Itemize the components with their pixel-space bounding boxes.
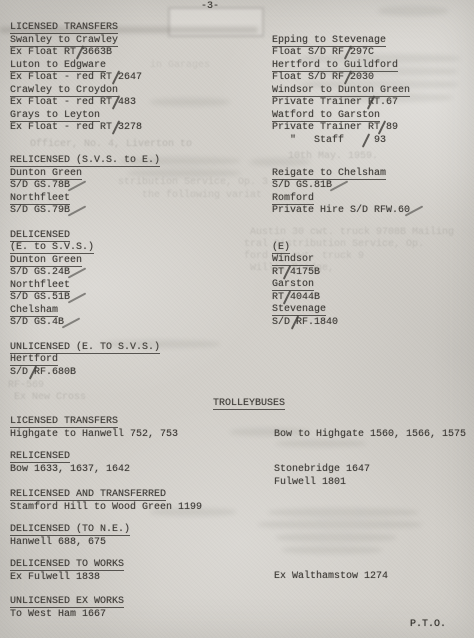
doc-text-line: Float S/D RF 2030 [272, 72, 410, 85]
doc-line-text: S/D GS.79B [10, 205, 70, 216]
doc-line-text: (E) [272, 242, 290, 254]
pencil-tick-mark [68, 267, 87, 278]
doc-line-text: Fulwell 1801 [274, 477, 346, 488]
doc-text-line: Float S/D RF 297C [272, 47, 410, 60]
doc-heading-line: (E. to S.V.S.) [10, 242, 160, 255]
doc-line-text: S/D GS.4B [10, 317, 64, 328]
doc-text-line: S/D RF.680B [10, 367, 160, 380]
section-relicensed-delicensed-left: RELICENSED (S.V.S. to E.)Dunton GreenS/D… [10, 155, 160, 379]
doc-text-line: " Staff 93 [272, 135, 410, 148]
doc-line-text: Ex Float - red RT 2647 [10, 72, 142, 83]
doc-text-line: To West Ham 1667 [10, 609, 202, 622]
doc-heading-line: Chelsham [10, 305, 160, 318]
doc-heading-line: DELICENSED [10, 230, 160, 243]
doc-line-text: Stamford Hill to Wood Green 1199 [10, 502, 202, 513]
doc-line-text: RELICENSED AND TRANSFERRED [10, 489, 166, 501]
doc-text-line: Private Trainer RT 89 [272, 122, 410, 135]
bleedthrough-text: RF-569 [8, 380, 44, 393]
doc-heading-line: Luton to Edgware [10, 60, 142, 73]
doc-line-text: Hertford [10, 354, 58, 366]
pencil-tick-mark [330, 180, 349, 191]
section-licensed-transfers-right: Epping to StevenageFloat S/D RF 297CHert… [272, 35, 410, 148]
doc-line-text: Grays to Leyton [10, 110, 100, 122]
section-trolleybuses-left: LICENSED TRANSFERSHighgate to Hanwell 75… [10, 416, 202, 621]
scanned-document-page: -3- LICENSED TRANSFERSSwanley to Crawley… [0, 0, 474, 638]
doc-text-line: Highgate to Hanwell 752, 753 [10, 429, 202, 442]
doc-text-line: S/D GS.4B [10, 317, 160, 330]
ink-smudge [150, 98, 230, 106]
pencil-tick-mark [68, 292, 87, 303]
doc-line-text: Ex Float - red RT 3278 [10, 122, 142, 133]
doc-line-text: Dunton Green [10, 168, 82, 180]
doc-heading-line: Swanley to Crawley [10, 35, 142, 48]
doc-text-line: RT 4175B [272, 267, 410, 280]
doc-text-line: Fulwell 1801 [274, 477, 466, 490]
doc-line-text: Private Trainer RT 89 [272, 122, 398, 133]
doc-line-text: DELICENSED (TO N.E.) [10, 524, 130, 536]
doc-line-text: Stevenage [272, 304, 326, 316]
doc-line-text: Crawley to Croydon [10, 85, 118, 97]
doc-line-text: UNLICENSED (E. TO S.V.S.) [10, 342, 160, 354]
doc-line-text: Windsor [272, 254, 314, 266]
doc-line-text: Epping to Stevenage [272, 35, 386, 47]
doc-text-line: Bow 1633, 1637, 1642 [10, 464, 202, 477]
doc-line-text: Float S/D RF 2030 [272, 72, 374, 83]
doc-line-text: Garston [272, 279, 314, 291]
doc-line-text: (E. to S.V.S.) [10, 242, 94, 254]
doc-text-line: Stamford Hill to Wood Green 1199 [10, 502, 202, 515]
doc-line-text: S/D RF.680B [10, 367, 76, 378]
doc-line-text: DELICENSED TO WORKS [10, 559, 124, 571]
doc-line-text: Northfleet [10, 193, 70, 205]
doc-line-text: Ex Fulwell 1838 [10, 572, 100, 583]
doc-line-text: Ex Float RT 3663B [10, 47, 112, 58]
doc-text-line: RT 4044B [272, 292, 410, 305]
doc-heading-line: Epping to Stevenage [272, 35, 410, 48]
doc-text-line: Bow to Highgate 1560, 1566, 1575 [274, 429, 466, 442]
doc-heading-line: RELICENSED (S.V.S. to E.) [10, 155, 160, 168]
doc-line-text: Luton to Edgware [10, 60, 106, 72]
doc-heading-line: UNLICENSED (E. TO S.V.S.) [10, 342, 160, 355]
pto-label: P.T.O. [410, 619, 446, 632]
doc-text-line: Ex Float - red RT 483 [10, 97, 142, 110]
doc-line-text: S/D GS.81B [272, 180, 332, 191]
doc-line-text: RELICENSED [10, 451, 70, 463]
doc-line-text: Private Trainer RT.67 [272, 97, 398, 108]
doc-line-text: S/D GS.78B [10, 180, 70, 191]
doc-line-text: Hanwell 688, 675 [10, 537, 106, 548]
doc-line-text: To West Ham 1667 [10, 609, 106, 620]
doc-text-line: S/D GS.79B [10, 205, 160, 218]
doc-line-text: Swanley to Crawley [10, 35, 118, 47]
doc-text-line: S/D GS.81B [272, 180, 410, 193]
doc-heading-line: Northfleet [10, 280, 160, 293]
doc-text-line: Private Trainer RT.67 [272, 97, 410, 110]
doc-line-text: Northfleet [10, 280, 70, 292]
doc-text-line: Ex Walthamstow 1274 [274, 571, 466, 584]
doc-line-text: S/D RF.1840 [272, 317, 338, 328]
doc-line-text: Highgate to Hanwell 752, 753 [10, 429, 178, 440]
doc-heading-line: DELICENSED (TO N.E.) [10, 524, 202, 537]
ink-smudge [378, 6, 448, 16]
doc-text-line: Ex Float - red RT 2647 [10, 72, 142, 85]
doc-text-line: S/D GS.24B [10, 267, 160, 280]
doc-line-text: Romford [272, 193, 314, 205]
doc-line-text: Float S/D RF 297C [272, 47, 374, 58]
ink-smudge [250, 158, 310, 166]
doc-line-text: " Staff 93 [272, 135, 386, 146]
doc-line-text: Ex Float - red RT 483 [10, 97, 136, 108]
pencil-tick-mark [68, 180, 87, 191]
doc-line-text: DELICENSED [10, 230, 70, 242]
bleedthrough-text: in Garages [150, 60, 210, 73]
doc-heading-line: Hertford [10, 354, 160, 367]
doc-heading-line: Watford to Garston [272, 110, 410, 123]
doc-heading-line: LICENSED TRANSFERS [10, 416, 202, 429]
doc-text-line: Hanwell 688, 675 [10, 537, 202, 550]
doc-text-line: Stonebridge 1647 [274, 464, 466, 477]
doc-text-line: Ex Float - red RT 3278 [10, 122, 142, 135]
doc-heading-line: UNLICENSED EX WORKS [10, 596, 202, 609]
doc-line-text: S/D GS.24B [10, 267, 70, 278]
page-number: -3- [201, 1, 219, 14]
doc-line-text: RT 4044B [272, 292, 320, 303]
doc-heading-line: LICENSED TRANSFERS [10, 22, 142, 35]
doc-text-line: S/D RF.1840 [272, 317, 410, 330]
section-licensed-transfers-left: LICENSED TRANSFERSSwanley to CrawleyEx F… [10, 22, 142, 135]
doc-text-line: S/D GS.51B [10, 292, 160, 305]
doc-line-text: Ex Walthamstow 1274 [274, 571, 388, 582]
section-trolleybuses-right: Bow to Highgate 1560, 1566, 1575Stonebri… [274, 429, 466, 584]
doc-heading-line: RELICENSED [10, 451, 202, 464]
doc-heading-line: Dunton Green [10, 255, 160, 268]
doc-heading-line: Reigate to Chelsham [272, 168, 410, 181]
doc-line-text: S/D GS.51B [10, 292, 70, 303]
doc-text-line: Ex Fulwell 1838 [10, 572, 202, 585]
doc-heading-line: Windsor [272, 254, 410, 267]
doc-heading-line: Dunton Green [10, 168, 160, 181]
doc-text-line: Private Hire S/D RFW.60 [272, 205, 410, 218]
bleedthrough-text: 10th May. 1959. [288, 151, 378, 164]
trolleybuses-heading: TROLLEYBUSES [189, 385, 285, 423]
pencil-tick-mark [62, 317, 81, 328]
bleedthrough-text: Ex New Cross [14, 392, 86, 405]
doc-heading-line: Grays to Leyton [10, 110, 142, 123]
doc-line-text: RT 4175B [272, 267, 320, 278]
doc-text-line: S/D GS.78B [10, 180, 160, 193]
doc-text-line: Ex Float RT 3663B [10, 47, 142, 60]
doc-line-text: Private Hire S/D RFW.60 [272, 205, 410, 216]
doc-heading-line: (E) [272, 242, 410, 255]
doc-line-text: Reigate to Chelsham [272, 168, 386, 180]
doc-line-text: Hertford to Guildford [272, 60, 398, 72]
pencil-tick-mark [68, 205, 87, 216]
doc-line-text: LICENSED TRANSFERS [10, 22, 118, 34]
doc-line-text: Bow 1633, 1637, 1642 [10, 464, 130, 475]
doc-heading-line: Windsor to Dunton Green [272, 85, 410, 98]
doc-heading-line: Hertford to Guildford [272, 60, 410, 73]
section-relicensed-delicensed-right: Reigate to ChelshamS/D GS.81BRomfordPriv… [272, 168, 410, 330]
doc-heading-line: Northfleet [10, 193, 160, 206]
doc-heading-line: RELICENSED AND TRANSFERRED [10, 489, 202, 502]
doc-line-text: Stonebridge 1647 [274, 464, 370, 475]
doc-heading-line: Stevenage [272, 304, 410, 317]
doc-line-text: Chelsham [10, 305, 58, 317]
doc-line-text: RELICENSED (S.V.S. to E.) [10, 155, 160, 167]
doc-line-text: LICENSED TRANSFERS [10, 416, 118, 428]
doc-line-text: UNLICENSED EX WORKS [10, 596, 124, 608]
bleedthrough-text: Officer, No. 4, Liverton to [30, 139, 192, 152]
trolleybuses-heading-label: TROLLEYBUSES [213, 398, 285, 410]
doc-line-text: Dunton Green [10, 255, 82, 267]
doc-line-text: Watford to Garston [272, 110, 380, 122]
doc-heading-line: Crawley to Croydon [10, 85, 142, 98]
doc-line-text: Windsor to Dunton Green [272, 85, 410, 97]
doc-heading-line: Romford [272, 193, 410, 206]
doc-line-text: Bow to Highgate 1560, 1566, 1575 [274, 429, 466, 440]
doc-heading-line: DELICENSED TO WORKS [10, 559, 202, 572]
doc-heading-line: Garston [272, 279, 410, 292]
